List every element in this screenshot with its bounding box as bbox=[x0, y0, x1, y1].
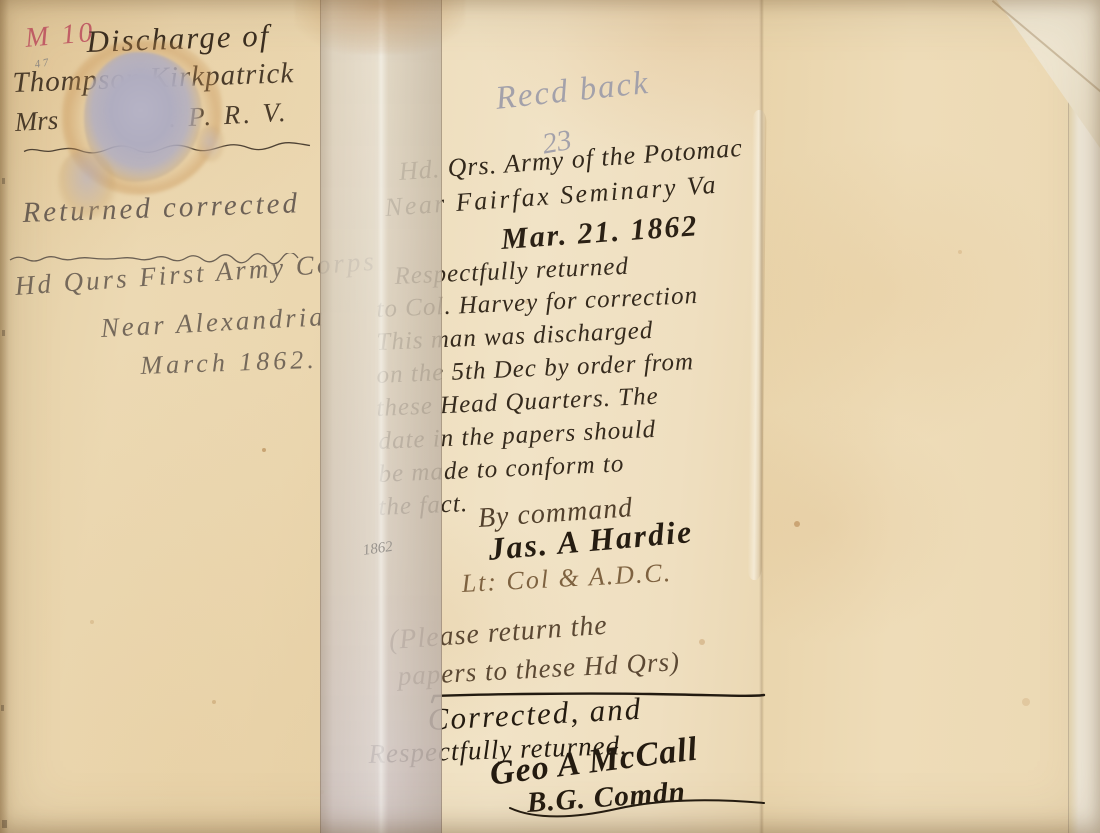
document-scan: M 10 4 7 Discharge of Thompson Kirkpatri… bbox=[0, 0, 1100, 833]
page-gap-shadow bbox=[759, 0, 764, 833]
edge-specks bbox=[2, 178, 5, 184]
cloth-tape-strip bbox=[320, 0, 442, 833]
right-page bbox=[762, 0, 1068, 833]
signature-flourish bbox=[506, 794, 768, 822]
endorsement-date-line: March 1862. bbox=[140, 346, 318, 379]
foxing-spots bbox=[262, 448, 266, 452]
scan-left-edge bbox=[0, 0, 10, 833]
docket-line-prefix: Mrs bbox=[14, 106, 59, 137]
tape-top-stain bbox=[295, 0, 465, 54]
ink-stain-drop bbox=[196, 126, 224, 162]
